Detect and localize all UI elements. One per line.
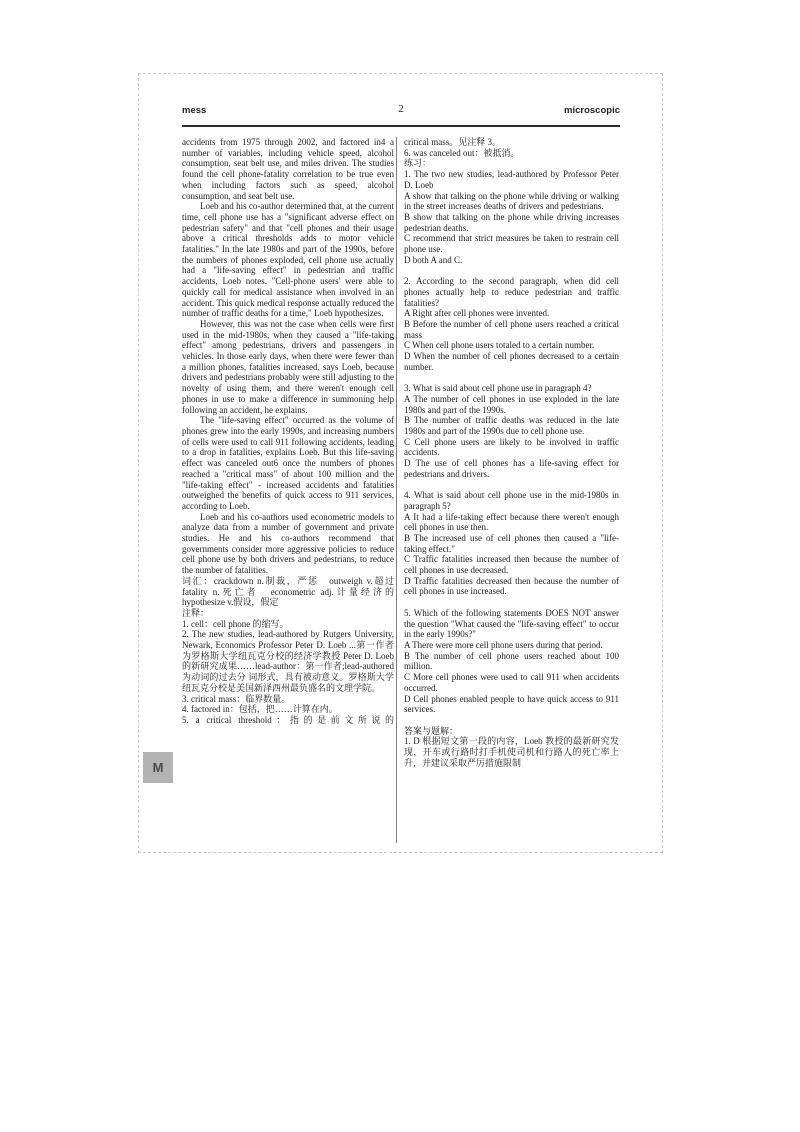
paragraph: 6. was canceled out：被抵消。 (404, 148, 619, 159)
paragraph: 5. Which of the following statements DOE… (404, 608, 619, 640)
paragraph (404, 479, 619, 490)
paragraph: 5. a critical threshold：指的是前文所说的 (182, 715, 394, 726)
header-running-title-right: microscopic (564, 105, 620, 116)
paragraph: A show that talking on the phone while d… (404, 191, 619, 212)
paragraph (404, 597, 619, 608)
paragraph: A There were more cell phone users durin… (404, 640, 619, 651)
paragraph: D Traffic fatalities decreased then beca… (404, 576, 619, 597)
paragraph: 1. The two new studies, lead-authored by… (404, 169, 619, 190)
paragraph: 答案与题解： (404, 726, 619, 737)
paragraph: D When the number of cell phones decreas… (404, 351, 619, 372)
paragraph (404, 372, 619, 383)
paragraph (404, 265, 619, 276)
paragraph: Loeb and his co-author determined that, … (182, 201, 394, 319)
paragraph: C When cell phone users totaled to a cer… (404, 340, 619, 351)
paragraph: critical mass。见注释 3。 (404, 137, 619, 148)
paragraph: 练习： (404, 158, 619, 169)
paragraph: The "life-saving effect" occurred as the… (182, 415, 394, 511)
header-rule (182, 125, 620, 127)
paragraph (404, 715, 619, 726)
paragraph: Loeb and his co-authors used econometric… (182, 512, 394, 576)
paragraph: A It had a life-taking effect because th… (404, 512, 619, 533)
paragraph: C Traffic fatalities increased then beca… (404, 554, 619, 575)
paragraph: B The number of traffic deaths was reduc… (404, 415, 619, 436)
paragraph: A The number of cell phones in use explo… (404, 394, 619, 415)
paragraph: D The use of cell phones has a life-savi… (404, 458, 619, 479)
paragraph: 1. cell：cell phone 的缩写。 (182, 619, 394, 630)
margin-index-tab: M (143, 752, 173, 783)
paragraph: A Right after cell phones were invented. (404, 308, 619, 319)
paragraph: D both A and C. (404, 255, 619, 266)
header-running-title-left: mess (182, 105, 206, 116)
paragraph: 3. What is said about cell phone use in … (404, 383, 619, 394)
paragraph: 2. The new studies, lead-authored by Rut… (182, 629, 394, 693)
paragraph: 4. What is said about cell phone use in … (404, 490, 619, 511)
paragraph: C recommend that strict measures be take… (404, 233, 619, 254)
paragraph: B The increased use of cell phones then … (404, 533, 619, 554)
paragraph: C More cell phones were used to call 911… (404, 672, 619, 693)
two-column-content: accidents from 1975 through 2002, and fa… (182, 137, 620, 843)
paragraph: However, this was not the case when cell… (182, 319, 394, 415)
paragraph: D Cell phones enabled people to have qui… (404, 694, 619, 715)
left-column: accidents from 1975 through 2002, and fa… (182, 137, 394, 843)
paragraph: 4. factored in：包括，把……计算在内。 (182, 704, 394, 715)
paragraph: accidents from 1975 through 2002, and fa… (182, 137, 394, 201)
canvas: { "colors": { "rule": "#2a2a2a", "page_b… (0, 0, 800, 1132)
document-page: mess 2 microscopic accidents from 1975 t… (138, 73, 663, 853)
paragraph: 注释： (182, 608, 394, 619)
paragraph: 1. D 根据短文第一段的内容，Loeb 教授的最新研究发现，开车或行路时打手机… (404, 736, 619, 768)
paragraph: B show that talking on the phone while d… (404, 212, 619, 233)
paragraph: C Cell phone users are likely to be invo… (404, 437, 619, 458)
paragraph: 3. critical mass：临界数量。 (182, 694, 394, 705)
page-header: mess 2 microscopic (182, 103, 620, 119)
paragraph: B The number of cell phone users reached… (404, 651, 619, 672)
column-divider (396, 137, 397, 843)
page-number: 2 (398, 103, 404, 115)
right-column: critical mass。见注释 3。6. was canceled out：… (404, 137, 619, 843)
paragraph: 2. According to the second paragraph, wh… (404, 276, 619, 308)
paragraph: B Before the number of cell phone users … (404, 319, 619, 340)
paragraph: 词汇：crackdown n.制裁，严惩 outweigh v.超过 fatal… (182, 576, 394, 608)
